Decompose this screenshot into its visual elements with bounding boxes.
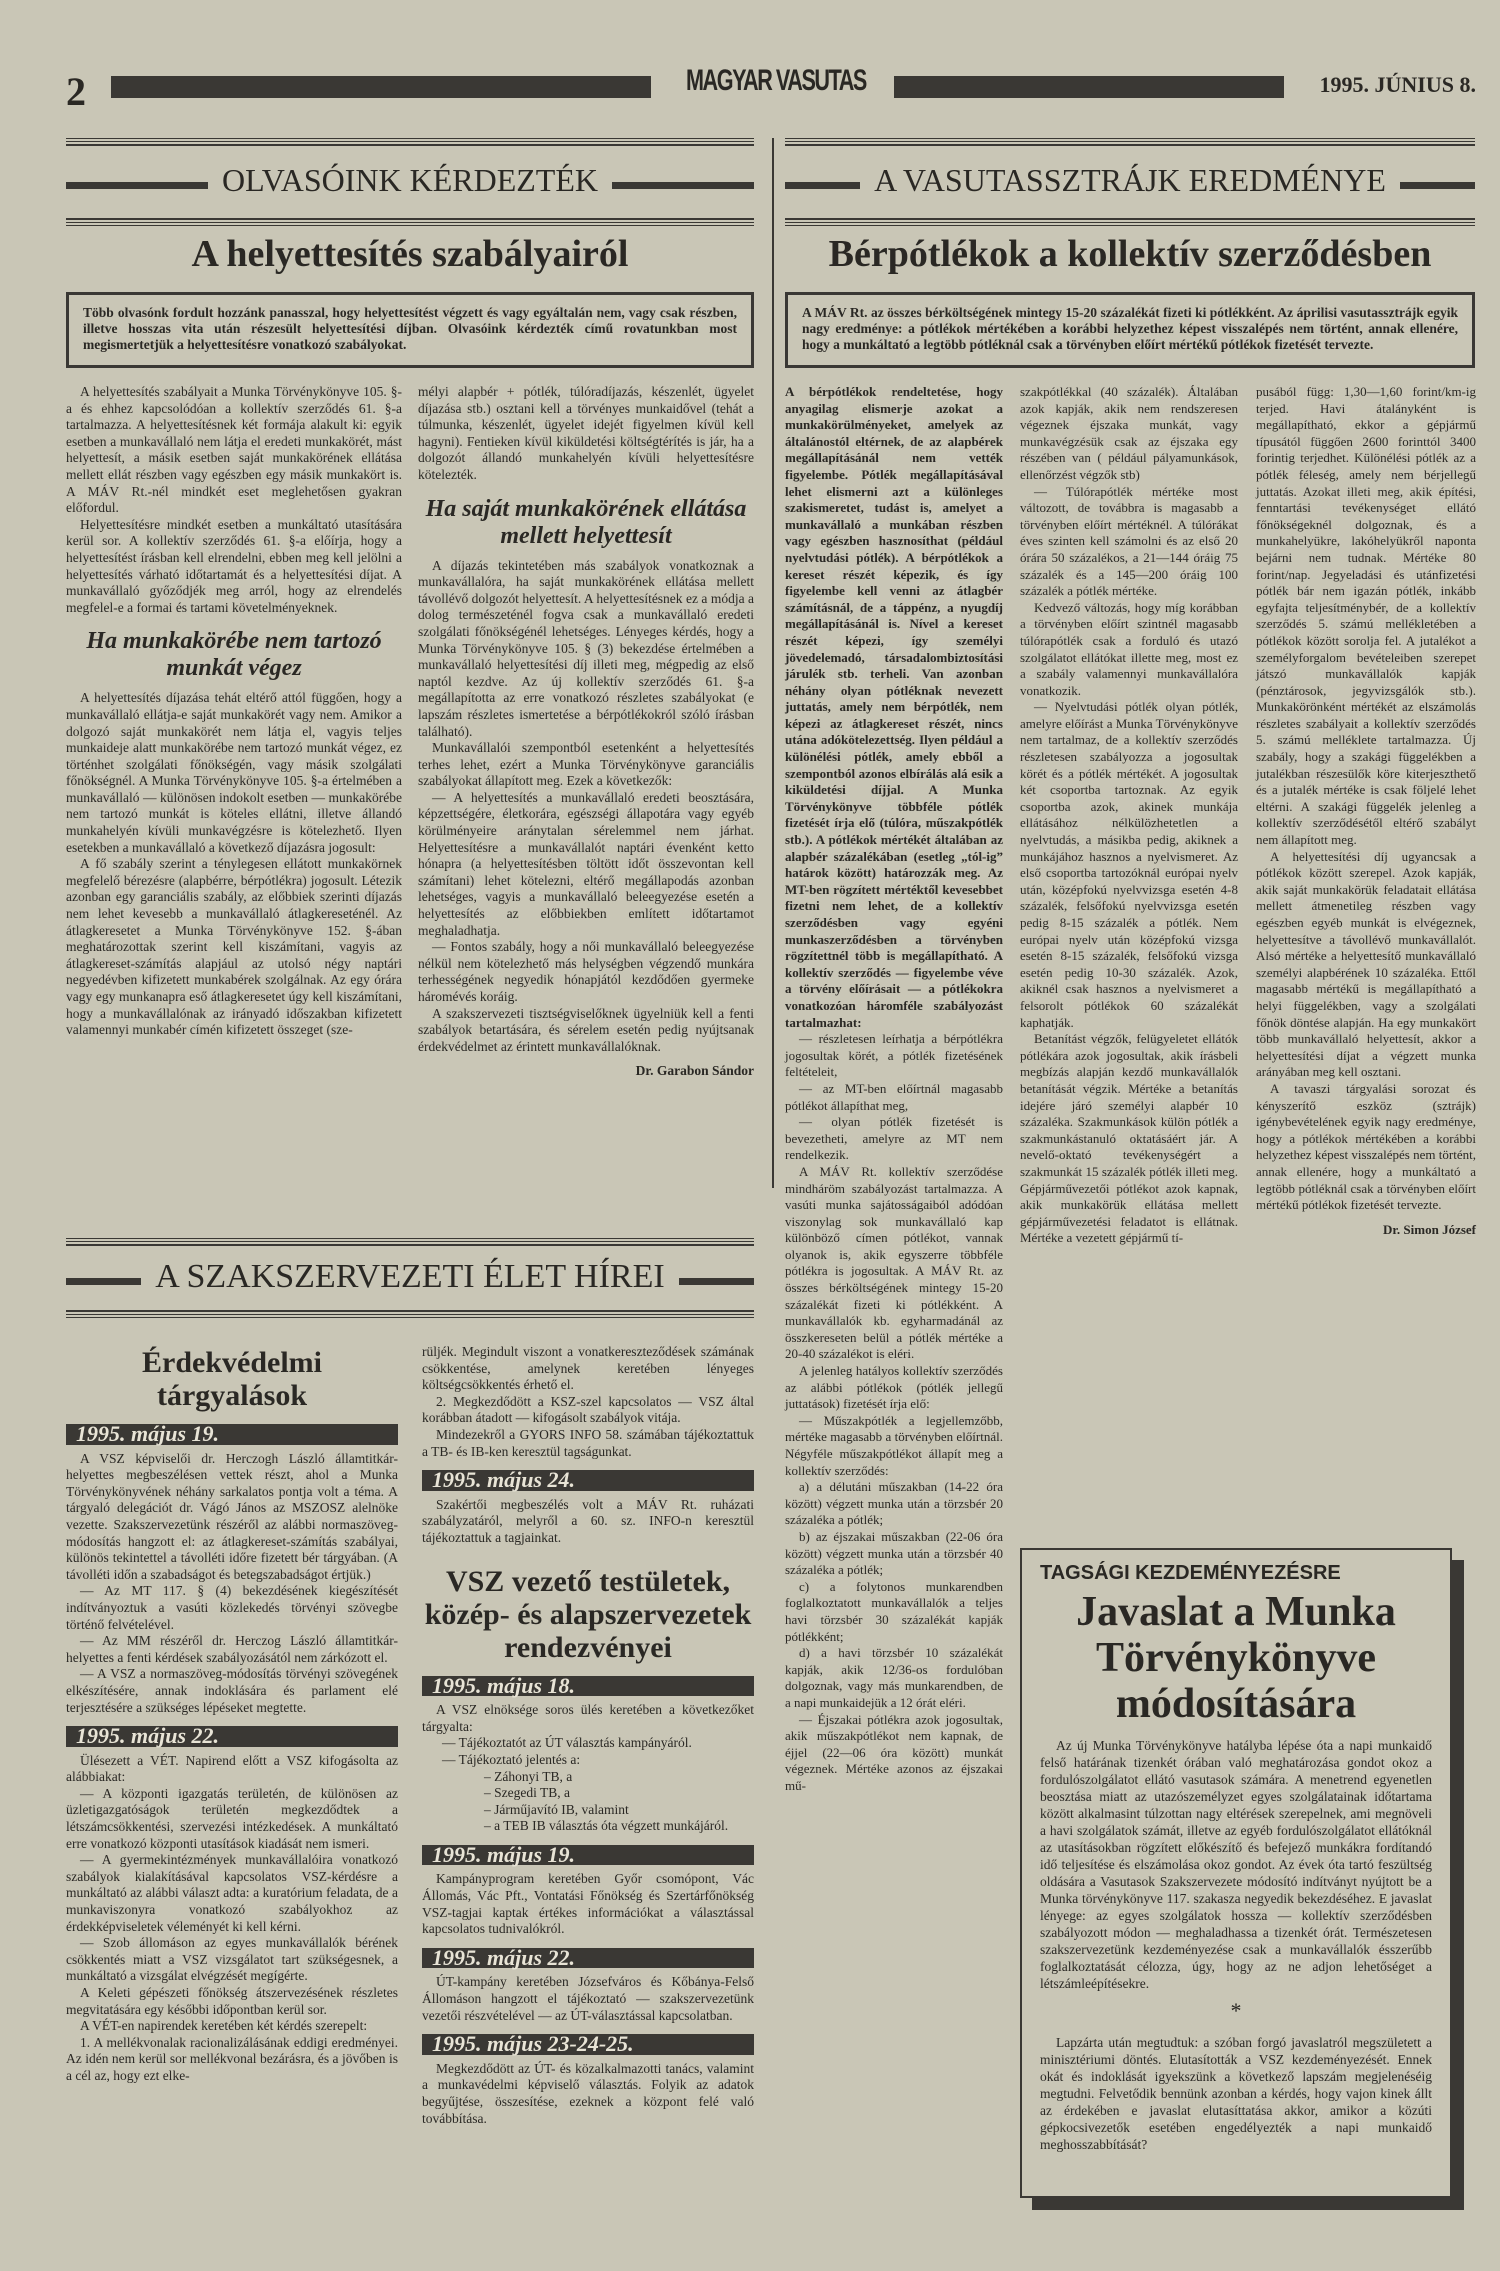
author-signature: Dr. Simon József [1256,1222,1476,1239]
paragraph: — A központi igazgatás területén, de kül… [66,1786,398,1852]
column-rule [772,138,774,1188]
paragraph: Ülésezett a VÉT. Napirend előtt a VSZ ki… [66,1753,398,1786]
paragraph: A tavaszi tárgyalási sorozat és kényszer… [1256,1081,1476,1214]
paragraph: Megkezdődött az ÚT- és közalkalmazotti t… [422,2061,754,2127]
list-subitem: – Járműjavító IB, valamint [422,1802,754,1819]
paragraph: Szakértői megbeszélés volt a MÁV Rt. ruh… [422,1497,754,1547]
paragraph: A VSZ elnöksége soros ülés keretében a k… [422,1702,754,1735]
paragraph: Mindezekről a GYORS INFO 58. számában tá… [422,1427,754,1460]
section-title: A VASUTASSZTRÁJK EREDMÉNYE [860,162,1400,198]
masthead-bar-right [894,76,1284,98]
paragraph: — Szob állomáson az egyes munkavállalók … [66,1935,398,1985]
paragraph: — A helyettesítés a munkavállaló eredeti… [418,790,754,939]
article-column: A helyettesítés szabályait a Munka Törvé… [66,384,402,1039]
paragraph: A VÉT-en napirendek keretében két kérdés… [66,2018,398,2035]
article-column: mélyi alapbér + pótlék, túlóradíjazás, k… [418,384,754,1080]
paragraph: A helyettesítési díj ugyancsak a pótléko… [1256,849,1476,1081]
date-bar: 1995. május 18. [422,1676,754,1697]
paragraph: szakpótlékkal (40 százalék). Általában a… [1020,384,1238,484]
paragraph: ÚT-kampány keretében Józsefváros és Kőbá… [422,1974,754,2024]
paragraph: — részletesen leírhatja a bérpótlékra jo… [785,1031,1003,1081]
paragraph: b) az éjszakai műszakban (22-06 óra közö… [785,1529,1003,1579]
article-headline: A helyettesítés szabályairól [66,232,754,276]
news-column: rüljék. Megindult viszont a vonatkereszt… [422,1344,754,2127]
section-banner-right: A VASUTASSZTRÁJK EREDMÉNYE [785,138,1475,226]
paragraph: A Keleti gépészeti főnökség átszervezésé… [66,1985,398,2018]
article-column: pusából függ: 1,30—1,60 forint/km-ig ter… [1256,384,1476,1238]
newspaper-page: 2 MAGYAR VASUTAS 1995. JÚNIUS 8. OLVASÓI… [0,0,1500,2271]
paragraph: — Az MT 117. § (4) bekezdésének kiegészí… [66,1583,398,1633]
section-title: OLVASÓINK KÉRDEZTÉK [208,162,612,198]
author-signature: Dr. Garabon Sándor [418,1063,754,1080]
paragraph: — Nyelvtudási pótlék olyan pótlék, amely… [1020,699,1238,1031]
paragraph: A VSZ képviselői dr. Herczogh László áll… [66,1451,398,1584]
page-number: 2 [66,68,86,115]
paragraph: — Éjszakai pótlékra azok jogosultak, aki… [785,1712,1003,1795]
list-item: — Tájékoztató jelentés a: [422,1752,754,1769]
paragraph: pusából függ: 1,30—1,60 forint/km-ig ter… [1256,384,1476,849]
news-column: Érdekvédelmi tárgyalások 1995. május 19.… [66,1340,398,2085]
date-bar: 1995. május 19. [66,1424,398,1445]
paragraph: — Túlórapótlék mértéke most változott, d… [1020,484,1238,600]
article-headline: Bérpótlékok a kollektív szerződésben [785,232,1475,276]
paragraph: A jelenleg hatályos kollektív szerződés … [785,1363,1003,1413]
masthead: 2 MAGYAR VASUTAS 1995. JÚNIUS 8. [66,62,1476,112]
paragraph: — Az MM részéről dr. Herczog László álla… [66,1633,398,1666]
paragraph: — Fontos szabály, hogy a női munkavállal… [418,939,754,1005]
date-bar: 1995. május 22. [422,1948,754,1969]
article-column: A bérpótlékok rendeltetése, hogy anyagil… [785,384,1003,1794]
date-bar: 1995. május 24. [422,1470,754,1491]
section-title: A SZAKSZERVEZETI ÉLET HÍREI [141,1258,678,1295]
box-headline: Javaslat a Munka Törvénykönyve módosítás… [1040,1589,1432,1727]
proposal-box: TAGSÁGI KEZDEMÉNYEZÉSRE Javaslat a Munka… [1020,1548,1452,2198]
list-subitem: – Szegedi TB, a [422,1785,754,1802]
paragraph: Betanítást végzők, felügyeletet ellátók … [1020,1031,1238,1247]
paragraph: A helyettesítés díjazása tehát eltérő at… [66,690,402,856]
news-subheading: Érdekvédelmi tárgyalások [66,1346,398,1412]
paragraph: A MÁV Rt. kollektív szerződése mindháröm… [785,1164,1003,1363]
paragraph: a) a délutáni műszakban (14-22 óra közöt… [785,1479,1003,1529]
paragraph: Munkavállalói szempontból esetenként a h… [418,740,754,790]
paragraph: mélyi alapbér + pótlék, túlóradíjazás, k… [418,384,754,484]
box-kicker: TAGSÁGI KEZDEMÉNYEZÉSRE [1040,1562,1432,1585]
paragraph: c) a folytonos munkarendben foglalkoztat… [785,1579,1003,1645]
issue-date: 1995. JÚNIUS 8. [1320,72,1476,98]
date-bar: 1995. május 23-24-25. [422,2034,754,2055]
paragraph: A bérpótlékok rendeltetése, hogy anyagil… [785,384,1003,1031]
date-bar: 1995. május 22. [66,1726,398,1747]
paragraph: Lapzárta után megtudtuk: a szóban forgó … [1040,2034,1432,2153]
news-subheading: VSZ vezető testületek, közép- és alapsze… [422,1565,754,1664]
list-subitem: – a TEB IB választás óta végzett munkájá… [422,1818,754,1835]
section-banner-union: A SZAKSZERVEZETI ÉLET HÍREI [66,1238,754,1318]
paragraph: A helyettesítés szabályait a Munka Törvé… [66,384,402,517]
paragraph: d) a havi törzsbér 10 százalékát kapják,… [785,1645,1003,1711]
newspaper-title: MAGYAR VASUTAS [686,64,866,98]
paragraph: — olyan pótlék fizetését is bevezetheti,… [785,1114,1003,1164]
paragraph: — az MT-ben előírtnál magasabb pótlékot … [785,1081,1003,1114]
paragraph: Kedvező változás, hogy míg korábban a tö… [1020,600,1238,700]
paragraph: — Műszakpótlék a legjellemzőbb, mértéke … [785,1413,1003,1479]
subheading: Ha munkakörébe nem tartozó munkát végez [66,628,402,682]
paragraph: 2. Megkezdődött a KSZ-szel kapcsolatos —… [422,1394,754,1427]
article-lead: A MÁV Rt. az összes bérköltségének minte… [785,292,1475,368]
article-lead: Több olvasónk fordult hozzánk panasszal,… [66,292,754,368]
list-subitem: – Záhonyi TB, a [422,1769,754,1786]
masthead-bar-left [111,76,651,98]
subheading: Ha saját munkakörének ellátása mellett h… [418,496,754,550]
paragraph: Kampányprogram keretében Győr csomópont,… [422,1871,754,1937]
paragraph: Helyettesítésre mindkét esetben a munkál… [66,517,402,617]
paragraph: 1. A mellékvonalak racionalizálásának ed… [66,2035,398,2085]
paragraph: A szakszervezeti tisztségviselőknek ügye… [418,1006,754,1056]
separator-asterisk: * [1040,1998,1432,2024]
paragraph: A díjazás tekintetében más szabályok von… [418,558,754,741]
paragraph: — A gyermekintézmények munkavállalóira v… [66,1852,398,1935]
list-item: — Tájékoztatót az ÚT választás kampányár… [422,1735,754,1752]
paragraph: Az új Munka Törvénykönyve hatályba lépés… [1040,1737,1432,1992]
section-banner-left: OLVASÓINK KÉRDEZTÉK [66,138,754,226]
date-bar: 1995. május 19. [422,1845,754,1866]
paragraph: — A VSZ a normaszöveg-módosítás törvényi… [66,1666,398,1716]
article-column: szakpótlékkal (40 százalék). Általában a… [1020,384,1238,1247]
paragraph: A fő szabály szerint a ténylegesen ellát… [66,856,402,1039]
paragraph: rüljék. Megindult viszont a vonatkereszt… [422,1344,754,1394]
